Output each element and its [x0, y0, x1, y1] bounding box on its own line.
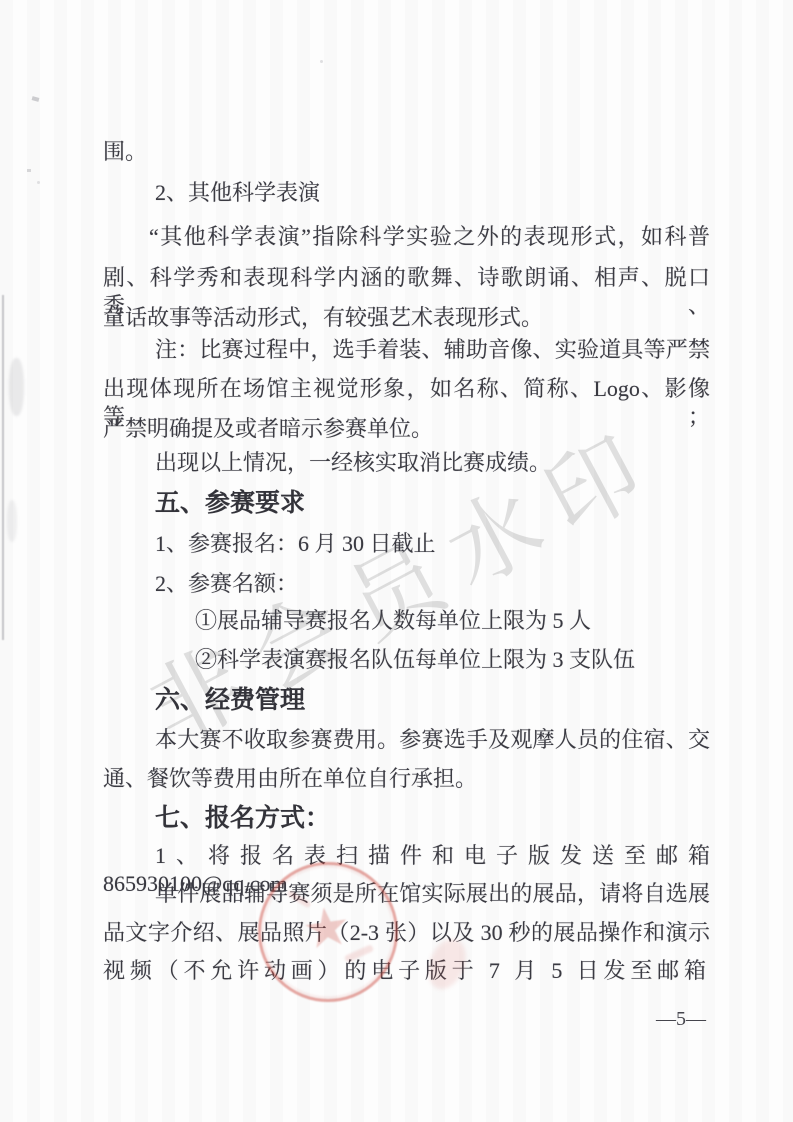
text-line: 视频（不允许动画）的电子版于 7 月 5 日发至邮箱 — [103, 957, 710, 985]
text-line: 通、餐饮等费用由所在单位自行承担。 — [103, 765, 710, 793]
scan-smudge — [7, 500, 17, 542]
scan-speck — [27, 169, 31, 172]
scan-edge-artifact — [2, 295, 4, 640]
section-heading: 七、报名方式： — [103, 804, 710, 832]
page-number: —5— — [646, 1008, 716, 1031]
scan-speck — [37, 181, 40, 184]
text-line: 2、参赛名额： — [103, 570, 710, 598]
text-line: 严禁明确提及或者暗示参赛单位。 — [103, 415, 710, 443]
list-item: ②科学表演赛报名队伍每单位上限为 3 支队伍 — [103, 646, 710, 674]
section-heading: 五、参赛要求 — [103, 489, 710, 517]
text-line: 单件展品辅导赛须是所在馆实际展出的展品，请将自选展 — [103, 880, 710, 908]
text-line: 出现体现所在场馆主视觉形象，如名称、简称、Logo、影像等； — [103, 375, 710, 403]
section-heading: 六、经费管理 — [103, 686, 710, 714]
text-line: 本大赛不收取参赛费用。参赛选手及观摩人员的住宿、交 — [103, 726, 710, 754]
scanned-document-page: 非会员水印 围。 2、其他科学表演 “其他科学表演”指除科学实验之外的表现形式，… — [0, 0, 793, 1122]
text-line: 剧、科学秀和表现科学内涵的歌舞、诗歌朗诵、相声、脱口秀、 — [103, 264, 710, 292]
text-line: 2、其他科学表演 — [103, 179, 710, 207]
text-line: 童话故事等活动形式，有较强艺术表现形式。 — [103, 304, 710, 332]
text-line: 1、将报名表扫描件和电子版发送至邮箱 865930100@qq.com — [103, 842, 710, 870]
scan-smudge — [9, 358, 24, 416]
text-line: 注：比赛过程中，选手着装、辅助音像、实验道具等严禁 — [103, 336, 710, 364]
text-line: 1、参赛报名：6 月 30 日截止 — [103, 530, 710, 558]
text-line: “其他科学表演”指除科学实验之外的表现形式，如科普 — [103, 223, 710, 251]
scan-speck — [320, 60, 323, 63]
text-line: 品文字介绍、展品照片（2-3 张）以及 30 秒的展品操作和演示 — [103, 919, 710, 947]
document-body: 围。 2、其他科学表演 “其他科学表演”指除科学实验之外的表现形式，如科普 剧、… — [0, 0, 793, 1122]
text-line: 出现以上情况，一经核实取消比赛成绩。 — [103, 449, 710, 477]
list-item: ①展品辅导赛报名人数每单位上限为 5 人 — [103, 607, 710, 635]
text-line: 围。 — [103, 138, 710, 166]
